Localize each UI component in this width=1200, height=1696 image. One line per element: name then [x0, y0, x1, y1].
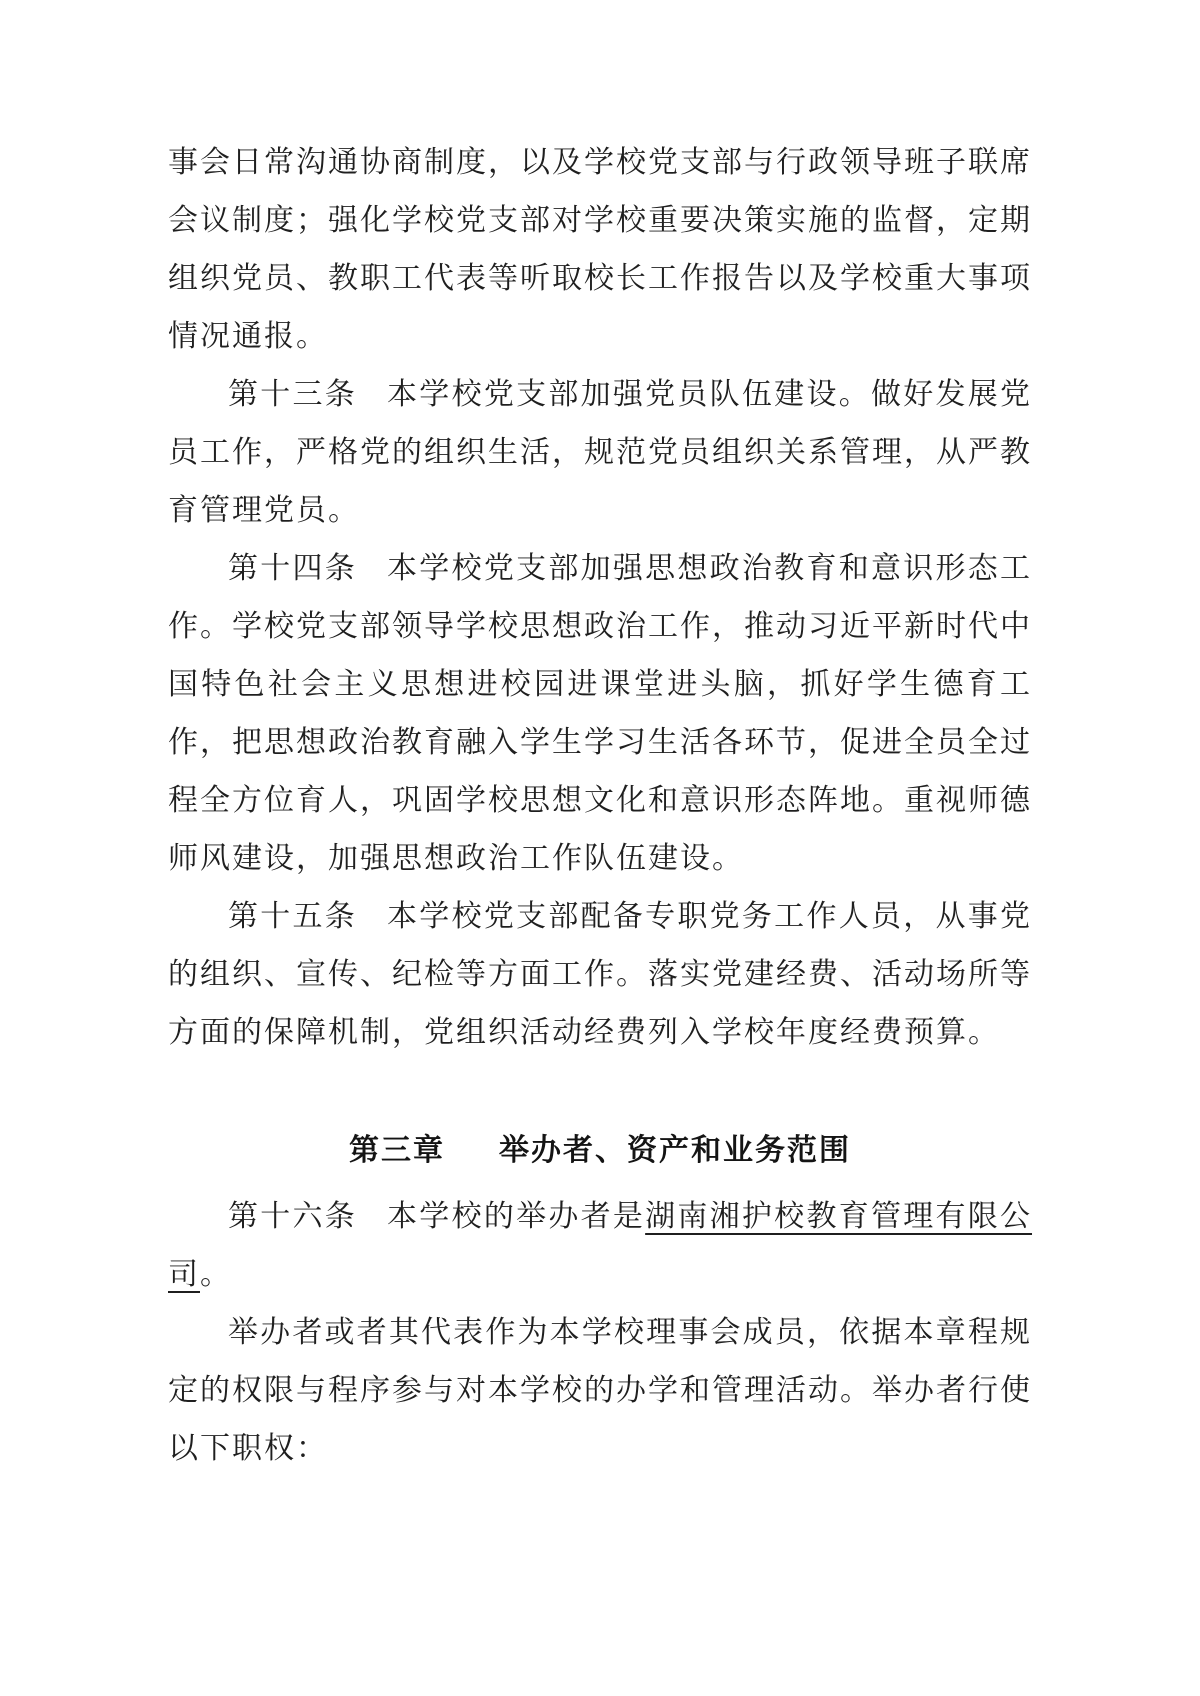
paragraph-continuation: 事会日常沟通协商制度，以及学校党支部与行政领导班子联席会议制度；强化学校党支部对… — [168, 134, 1032, 366]
paragraph-continuation-text: 事会日常沟通协商制度，以及学校党支部与行政领导班子联席会议制度；强化学校党支部对… — [168, 145, 1032, 354]
chapter-3-title: 举办者、资产和业务范围 — [499, 1133, 851, 1168]
article-13: 第十三条本学校党支部加强党员队伍建设。做好发展党员工作，严格党的组织生活，规范党… — [168, 366, 1032, 540]
article-15-number: 第十五条 — [228, 899, 357, 934]
paragraph-organizer-rights: 举办者或者其代表作为本学校理事会成员，依据本章程规定的权限与程序参与对本学校的办… — [168, 1304, 1032, 1478]
article-14: 第十四条本学校党支部加强思想政治教育和意识形态工作。学校党支部领导学校思想政治工… — [168, 540, 1032, 888]
article-16-prefix: 本学校的举办者是 — [387, 1199, 645, 1234]
article-13-number: 第十三条 — [228, 377, 357, 412]
document-page: 事会日常沟通协商制度，以及学校党支部与行政领导班子联席会议制度；强化学校党支部对… — [0, 0, 1200, 1696]
article-14-number: 第十四条 — [228, 551, 357, 586]
article-14-text: 本学校党支部加强思想政治教育和意识形态工作。学校党支部领导学校思想政治工作，推动… — [168, 551, 1032, 876]
chapter-3-heading: 第三章举办者、资产和业务范围 — [168, 1122, 1032, 1180]
article-15: 第十五条本学校党支部配备专职党务工作人员，从事党的组织、宣传、纪检等方面工作。落… — [168, 888, 1032, 1062]
paragraph-organizer-rights-text: 举办者或者其代表作为本学校理事会成员，依据本章程规定的权限与程序参与对本学校的办… — [168, 1315, 1032, 1466]
chapter-3-number: 第三章 — [349, 1133, 445, 1168]
article-16: 第十六条本学校的举办者是湖南湘护校教育管理有限公司。 — [168, 1188, 1032, 1304]
article-16-suffix: 。 — [200, 1257, 232, 1292]
article-16-number: 第十六条 — [228, 1199, 357, 1234]
